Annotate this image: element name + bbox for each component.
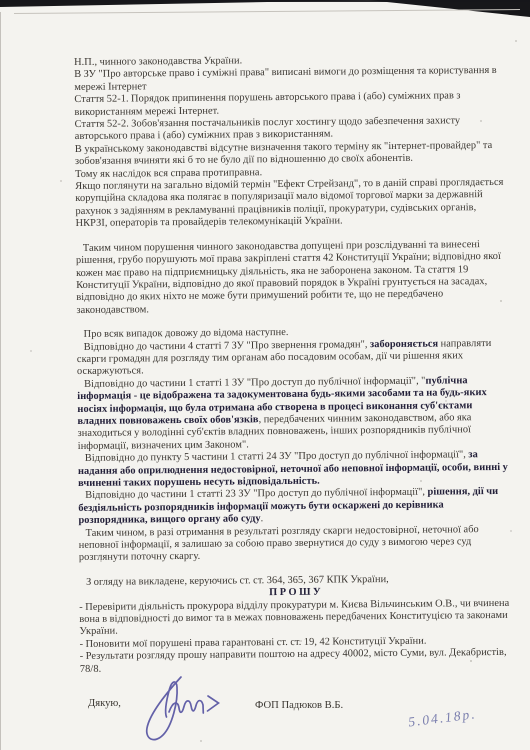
para-constitution-violation: Таким чином порушення чинного законодавс… (76, 239, 511, 318)
scan-artifact-top-edge (0, 0, 530, 2)
para-request-1: - Перевірити діяльність прокурора відділ… (79, 597, 513, 638)
para-appeal-rights: Відповідно до частини 1 статті 23 ЗУ "Пр… (78, 486, 512, 527)
thanks-text: Дякую, (88, 698, 121, 709)
scanned-letter-page: Н.П., чинного законодавства України.В ЗУ… (0, 0, 530, 750)
para-citizens-appeals-law: Відповідно до частини 4 статті 7 ЗУ "Про… (77, 337, 511, 378)
para-court-warning: Таким чином, в разі отримання в результа… (79, 523, 513, 564)
scan-artifact-left-edge (0, 12, 1, 750)
para-public-info-definition: Відповідно до частини 1 статті 1 ЗУ "Про… (77, 375, 512, 454)
handwritten-signature-icon (138, 672, 230, 748)
para-streisand-effect: Якщо поглянути на загально відомій термі… (75, 177, 509, 231)
scan-artifact-fold-line (14, 9, 520, 14)
para-liability-for-false-info: Відповідно до пункту 5 частини 1 статті … (78, 449, 512, 490)
signer-name: ФОП Падюков В.Б. (255, 700, 343, 711)
document-body: Н.П., чинного законодавства України.В ЗУ… (74, 53, 514, 676)
